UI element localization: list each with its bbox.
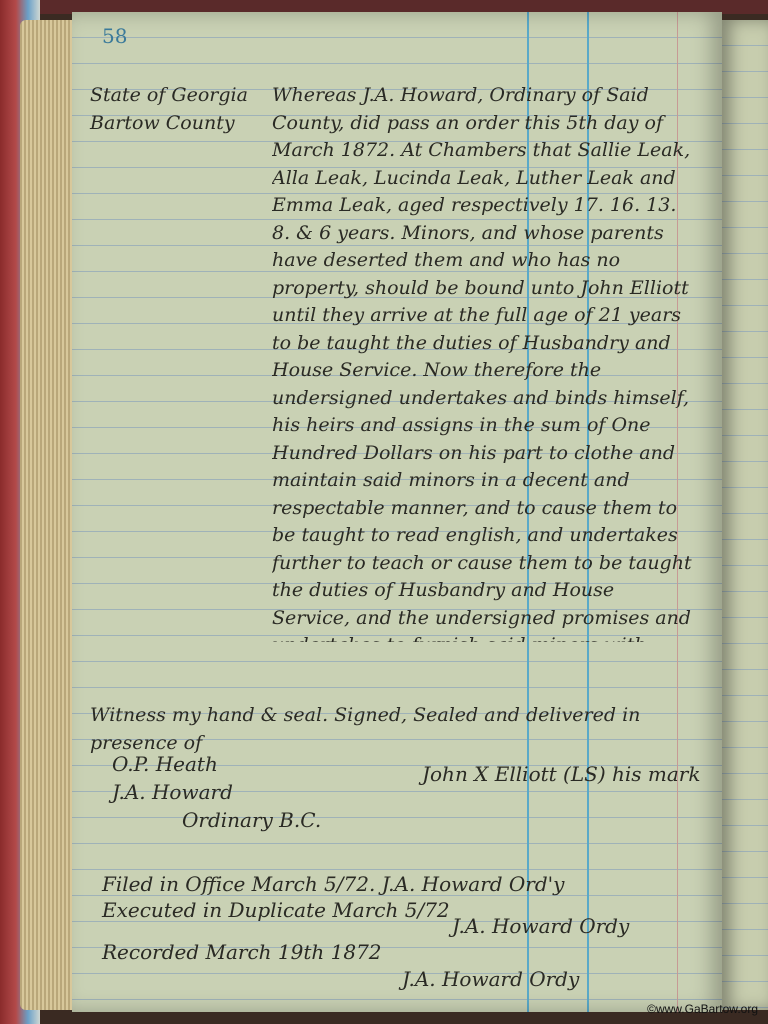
filed-note: Filed in Office March 5/72. J.A. Howard … — [102, 872, 564, 896]
deed-body: Whereas J.A. Howard, Ordinary of Said Co… — [272, 82, 692, 642]
executed-signature: J.A. Howard Ordy — [452, 914, 629, 938]
witness-2: J.A. Howard — [112, 780, 233, 804]
page-number: 58 — [102, 24, 127, 48]
witness-3: Ordinary B.C. — [182, 808, 321, 832]
ledger-page: 58 State of Georgia Bartow County Wherea… — [72, 12, 722, 1012]
watermark: ©www.GaBartow.org — [647, 1002, 758, 1016]
signature: John X Elliott (LS) his mark — [422, 762, 700, 786]
recorded-signature: J.A. Howard Ordy — [402, 967, 579, 991]
book-page-edges — [20, 20, 80, 1010]
witness-line: Witness my hand & seal. Signed, Sealed a… — [90, 702, 692, 757]
recorded-note: Recorded March 19th 1872 — [102, 940, 382, 964]
executed-note: Executed in Duplicate March 5/72 — [102, 898, 450, 922]
witness-1: O.P. Heath — [112, 752, 218, 776]
facing-page — [722, 20, 768, 1010]
